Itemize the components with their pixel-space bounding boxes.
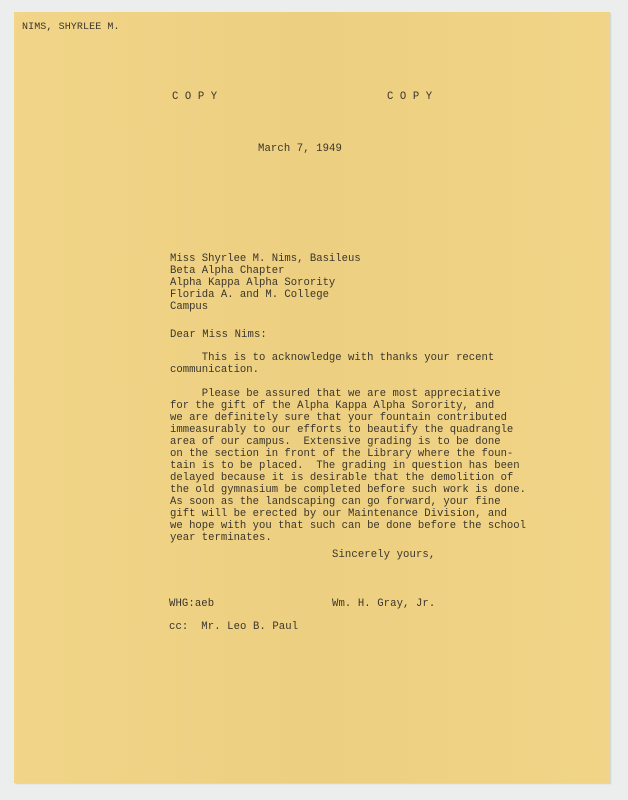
body-line: As soon as the landscaping can go forwar… (170, 496, 526, 508)
address-line: Beta Alpha Chapter (170, 265, 361, 277)
body-line: gift will be erected by our Maintenance … (170, 508, 526, 520)
recipient-address: Miss Shyrlee M. Nims, Basileus Beta Alph… (170, 253, 361, 313)
copy-mark-right: C O P Y (387, 91, 432, 103)
letter-page: NIMS, SHYRLEE M. C O P Y C O P Y March 7… (14, 12, 610, 783)
address-line: Miss Shyrlee M. Nims, Basileus (170, 253, 361, 265)
address-line: Florida A. and M. College (170, 289, 361, 301)
copy-mark-left: C O P Y (172, 91, 217, 103)
file-label: NIMS, SHYRLEE M. (22, 22, 120, 34)
body-line: year terminates. (170, 532, 526, 544)
body-line: immeasurably to our efforts to beautify … (170, 424, 526, 436)
address-line: Campus (170, 301, 361, 313)
body-paragraph-2: Please be assured that we are most appre… (170, 388, 526, 544)
signer-name: Wm. H. Gray, Jr. (332, 598, 435, 610)
closing: Sincerely yours, (332, 549, 435, 561)
body-line: delayed because it is desirable that the… (170, 472, 526, 484)
body-paragraph-1: This is to acknowledge with thanks your … (170, 352, 494, 376)
address-line: Alpha Kappa Alpha Sorority (170, 277, 361, 289)
typist-initials: WHG:aeb (169, 598, 214, 610)
body-line: the old gymnasium be completed before su… (170, 484, 526, 496)
salutation: Dear Miss Nims: (170, 329, 267, 341)
body-line: tain is to be placed. The grading in que… (170, 460, 526, 472)
body-line: communication. (170, 364, 494, 376)
body-line: we are definitely sure that your fountai… (170, 412, 526, 424)
letter-date: March 7, 1949 (258, 143, 342, 155)
body-line: on the section in front of the Library w… (170, 448, 526, 460)
cc-line: cc: Mr. Leo B. Paul (169, 621, 298, 633)
body-line: This is to acknowledge with thanks your … (170, 352, 494, 364)
body-line: we hope with you that such can be done b… (170, 520, 526, 532)
body-line: area of our campus. Extensive grading is… (170, 436, 526, 448)
body-line: for the gift of the Alpha Kappa Alpha So… (170, 400, 526, 412)
body-line: Please be assured that we are most appre… (170, 388, 526, 400)
